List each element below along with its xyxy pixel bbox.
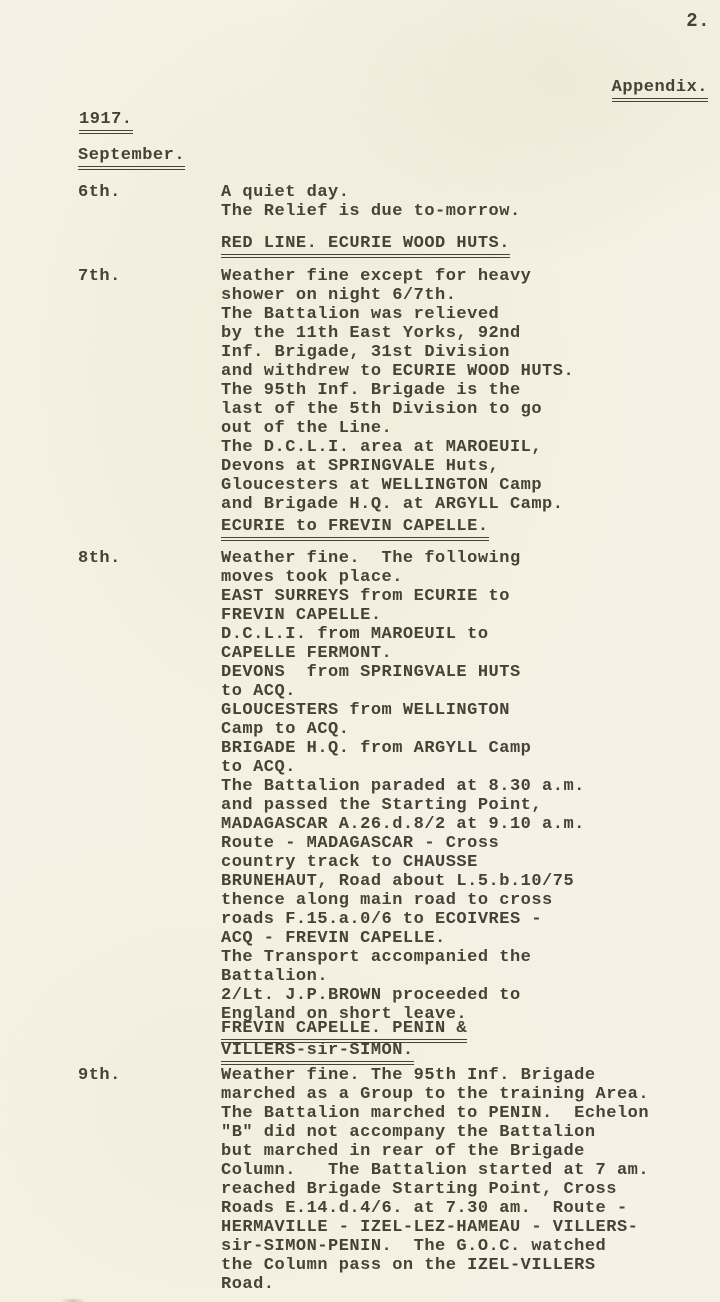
diary-entry-9th: 9th. Weather fine. The 95th Inf. Brigade… <box>0 1066 720 1294</box>
diary-entry-6th: 6th. A quiet day. The Relief is due to-m… <box>0 183 720 221</box>
page-number: 2. <box>686 12 710 31</box>
paper-smudge <box>60 1298 86 1302</box>
month-heading: September. <box>78 146 185 170</box>
year-text: 1917. <box>79 110 133 134</box>
section-heading-text-line2: VILLERS-sir-SIMON. <box>221 1041 414 1065</box>
section-heading-frevin-capelle-penin-villers: FREVIN CAPELLE. PENIN & VILLERS-sir-SIMO… <box>221 1019 467 1065</box>
appendix-text: Appendix. <box>612 78 708 102</box>
section-heading-red-line-ecurie-wood-huts: RED LINE. ECURIE WOOD HUTS. <box>221 234 510 258</box>
entry-date: 6th. <box>78 183 221 202</box>
section-heading-text: RED LINE. ECURIE WOOD HUTS. <box>221 234 510 258</box>
entry-text: Weather fine. The following moves took p… <box>221 549 585 1024</box>
diary-entry-7th: 7th. Weather fine except for heavy showe… <box>0 267 720 514</box>
entry-date: 8th. <box>78 549 221 568</box>
diary-entry-8th: 8th. Weather fine. The following moves t… <box>0 549 720 1024</box>
section-heading-ecurie-to-frevin-capelle: ECURIE to FREVIN CAPELLE. <box>221 517 489 541</box>
entry-text: Weather fine. The 95th Inf. Brigade marc… <box>221 1066 649 1294</box>
entry-date: 9th. <box>78 1066 221 1085</box>
section-heading-text: ECURIE to FREVIN CAPELLE. <box>221 517 489 541</box>
appendix-label: Appendix. <box>612 78 708 102</box>
document-page: 2. Appendix. 1917. September. 6th. A qui… <box>0 0 720 1302</box>
entry-date: 7th. <box>78 267 221 286</box>
month-text: September. <box>78 146 185 170</box>
section-heading-text-line1: FREVIN CAPELLE. PENIN & <box>221 1019 467 1043</box>
entry-text: A quiet day. The Relief is due to-morrow… <box>221 183 521 221</box>
entry-text: Weather fine except for heavy shower on … <box>221 267 574 514</box>
year-heading: 1917. <box>79 110 133 134</box>
